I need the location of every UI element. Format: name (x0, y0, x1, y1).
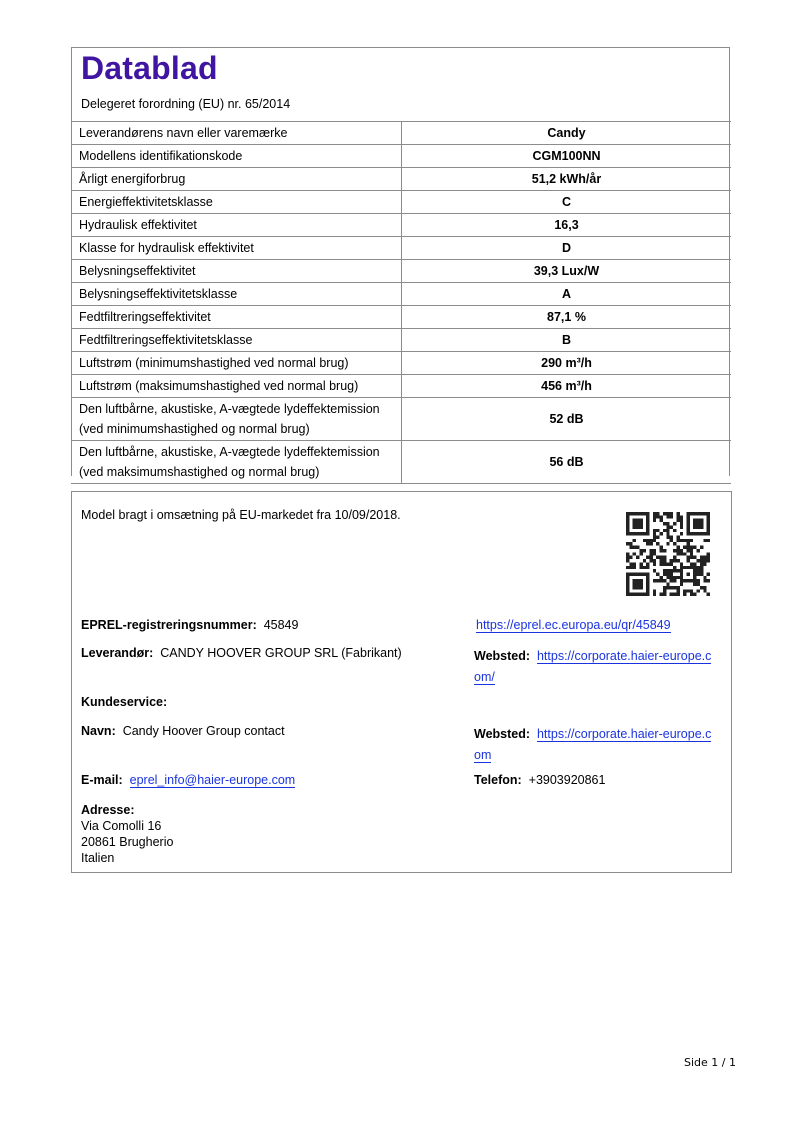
spec-label: Årligt energiforbrug (71, 168, 402, 191)
table-row: Klasse for hydraulisk effektivitetD (71, 237, 731, 260)
table-row: EnergieffektivitetsklasseC (71, 191, 731, 214)
table-row: Fedtfiltreringseffektivitet87,1 % (71, 306, 731, 329)
table-row: Luftstrøm (minimumshastighed ved normal … (71, 352, 731, 375)
cs-website-link[interactable]: https://corporate.haier-europe.c (537, 727, 711, 742)
spec-label-line2: (ved minimumshastighed og normal brug) (79, 419, 393, 439)
spec-value: D (402, 237, 732, 260)
table-row: Årligt energiforbrug51,2 kWh/år (71, 168, 731, 191)
spec-value: CGM100NN (402, 145, 732, 168)
supplier-row: Leverandør: CANDY HOOVER GROUP SRL (Fabr… (81, 646, 402, 660)
spec-label: Fedtfiltreringseffektivitet (71, 306, 402, 329)
table-row: Belysningseffektivitet39,3 Lux/W (71, 260, 731, 283)
phone-value: +3903920861 (529, 773, 606, 787)
spec-table: Leverandørens navn eller varemærkeCandyM… (71, 121, 731, 484)
name-label: Navn: (81, 724, 116, 738)
table-row: Leverandørens navn eller varemærkeCandy (71, 122, 731, 145)
table-row: FedtfiltreringseffektivitetsklasseB (71, 329, 731, 352)
spec-value: Candy (402, 122, 732, 145)
table-row: Modellens identifikationskodeCGM100NN (71, 145, 731, 168)
phone-label: Telefon: (474, 773, 522, 787)
table-row: Luftstrøm (maksimumshastighed ved normal… (71, 375, 731, 398)
eprel-link[interactable]: https://eprel.ec.europa.eu/qr/45849 (476, 618, 671, 633)
regulation-subtitle: Delegeret forordning (EU) nr. 65/2014 (81, 97, 290, 111)
spec-label: Luftstrøm (maksimumshastighed ved normal… (71, 375, 402, 398)
spec-value: 456 m³/h (402, 375, 732, 398)
spec-value: 39,3 Lux/W (402, 260, 732, 283)
datasheet-section: Datablad Delegeret forordning (EU) nr. 6… (71, 47, 730, 476)
email-label: E-mail: (81, 773, 123, 787)
spec-value: B (402, 329, 732, 352)
phone-row: Telefon: +3903920861 (474, 773, 605, 787)
name-row: Navn: Candy Hoover Group contact (81, 724, 285, 738)
spec-label: Fedtfiltreringseffektivitetsklasse (71, 329, 402, 352)
spec-label: Hydraulisk effektivitet (71, 214, 402, 237)
cs-website-label: Websted: (474, 727, 530, 741)
address-line-2: 20861 Brugherio (81, 834, 173, 850)
spec-label-line1: Den luftbårne, akustiske, A-vægtede lyde… (79, 399, 393, 419)
eprel-label: EPREL-registreringsnummer: (81, 618, 257, 632)
page-number: Side 1 / 1 (684, 1056, 736, 1069)
email-row: E-mail: eprel_info@haier-europe.com (81, 773, 295, 787)
address-block: Adresse: Via Comolli 16 20861 Brugherio … (81, 802, 173, 866)
supplier-website-link[interactable]: https://corporate.haier-europe.c (537, 649, 711, 664)
customer-service-heading: Kundeservice: (81, 695, 167, 709)
spec-label-line1: Den luftbårne, akustiske, A-vægtede lyde… (79, 442, 393, 462)
cs-website-row: Websted: https://corporate.haier-europe.… (474, 724, 711, 766)
name-value: Candy Hoover Group contact (123, 724, 285, 738)
table-row: Den luftbårne, akustiske, A-vægtede lyde… (71, 441, 731, 484)
page-title: Datablad (81, 50, 218, 87)
cs-website-link-cont[interactable]: om (474, 748, 491, 763)
address-line-3: Italien (81, 850, 173, 866)
spec-label: Energieffektivitetsklasse (71, 191, 402, 214)
spec-label: Belysningseffektivitet (71, 260, 402, 283)
info-section: Model bragt i omsætning på EU-markedet f… (71, 491, 732, 873)
spec-label-line2: (ved maksimumshastighed og normal brug) (79, 462, 393, 482)
table-row: BelysningseffektivitetsklasseA (71, 283, 731, 306)
spec-value: C (402, 191, 732, 214)
spec-label: Belysningseffektivitetsklasse (71, 283, 402, 306)
spec-value: 56 dB (402, 441, 732, 484)
spec-label: Den luftbårne, akustiske, A-vægtede lyde… (71, 398, 402, 441)
spec-value: 52 dB (402, 398, 732, 441)
spec-label: Klasse for hydraulisk effektivitet (71, 237, 402, 260)
qr-code-icon[interactable] (626, 512, 710, 596)
spec-value: 290 m³/h (402, 352, 732, 375)
table-row: Den luftbårne, akustiske, A-vægtede lyde… (71, 398, 731, 441)
spec-label: Luftstrøm (minimumshastighed ved normal … (71, 352, 402, 375)
spec-value: 16,3 (402, 214, 732, 237)
spec-label: Den luftbårne, akustiske, A-vægtede lyde… (71, 441, 402, 484)
supplier-website-link-cont[interactable]: om/ (474, 670, 495, 685)
table-row: Hydraulisk effektivitet16,3 (71, 214, 731, 237)
spec-label: Modellens identifikationskode (71, 145, 402, 168)
address-label: Adresse: (81, 802, 173, 818)
supplier-website-row: Websted: https://corporate.haier-europe.… (474, 646, 711, 688)
spec-value: 87,1 % (402, 306, 732, 329)
eprel-row: EPREL-registreringsnummer: 45849 (81, 618, 298, 632)
eprel-value: 45849 (264, 618, 299, 632)
website-label: Websted: (474, 649, 530, 663)
supplier-value: CANDY HOOVER GROUP SRL (Fabrikant) (160, 646, 402, 660)
market-date-text: Model bragt i omsætning på EU-markedet f… (81, 508, 401, 522)
spec-value: 51,2 kWh/år (402, 168, 732, 191)
spec-value: A (402, 283, 732, 306)
supplier-label: Leverandør: (81, 646, 153, 660)
email-link[interactable]: eprel_info@haier-europe.com (130, 773, 296, 788)
address-line-1: Via Comolli 16 (81, 818, 173, 834)
spec-label: Leverandørens navn eller varemærke (71, 122, 402, 145)
